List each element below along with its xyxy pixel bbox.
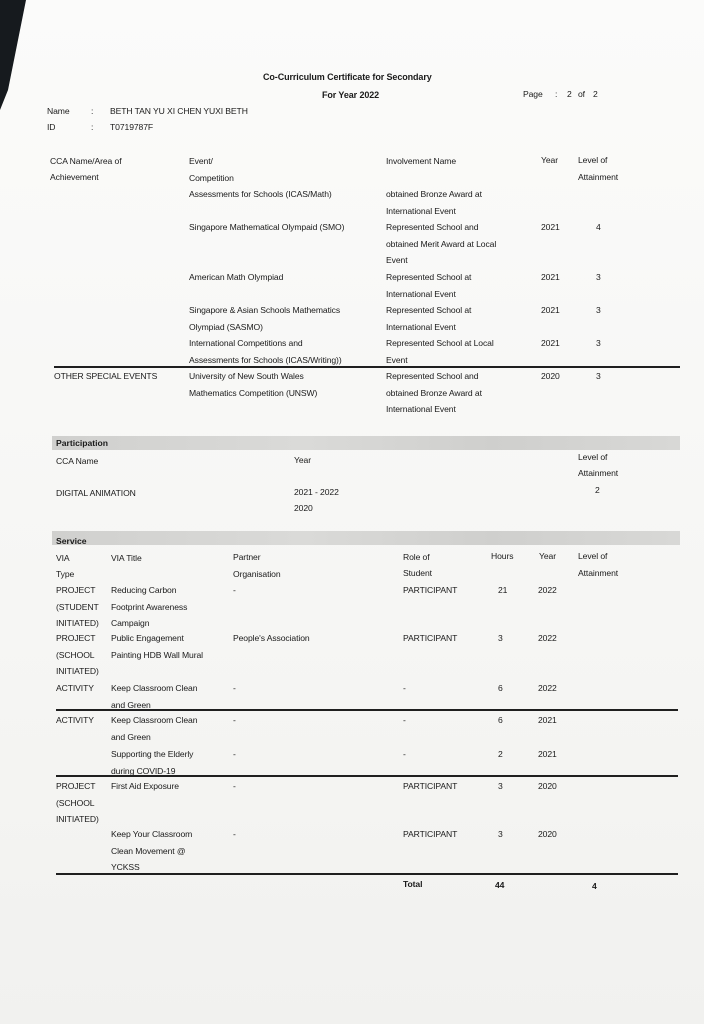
page-of: of [578, 89, 585, 100]
service-year: 2020 [538, 829, 557, 840]
service-partner: People's Association [233, 633, 310, 644]
achievement-event: American Math Olympiad [189, 272, 283, 283]
service-via-title: Public Engagement [111, 633, 184, 644]
achievement-involvement: obtained Bronze Award at [386, 189, 482, 200]
service-via-type: PROJECT [56, 633, 95, 644]
achievement-event: International Competitions and [189, 338, 303, 349]
achievement-involvement: International Event [386, 322, 456, 333]
service-header-type-1: VIA [56, 553, 70, 564]
achievement-year: 2021 [541, 338, 560, 349]
service-via-title: Clean Movement @ [111, 846, 185, 857]
service-header-title: VIA Title [111, 553, 142, 564]
service-header-year: Year [539, 551, 556, 562]
service-partner: - [233, 749, 236, 760]
achievement-event: Singapore Mathematical Olympaid (SMO) [189, 222, 344, 233]
achievement-year: 2021 [541, 272, 560, 283]
name-label: Name [47, 106, 70, 117]
achievement-header-event-2: Competition [189, 173, 234, 184]
service-divider-2022 [56, 709, 678, 711]
achievement-involvement: Represented School and [386, 222, 478, 233]
service-via-type: PROJECT [56, 585, 95, 596]
achievement-year: 2020 [541, 371, 560, 382]
service-year: 2020 [538, 781, 557, 792]
student-name: BETH TAN YU XI CHEN YUXI BETH [110, 106, 248, 117]
service-role: - [403, 749, 406, 760]
service-hours: 3 [498, 829, 503, 840]
participation-header-year: Year [294, 455, 311, 466]
service-hours: 3 [498, 781, 503, 792]
achievement-event: Olympiad (SASMO) [189, 322, 263, 333]
id-label: ID [47, 122, 55, 133]
achievement-header-level-1: Level of [578, 155, 607, 166]
service-via-title: Footprint Awareness [111, 602, 187, 613]
service-via-title: YCKSS [111, 862, 140, 873]
achievement-involvement: International Event [386, 289, 456, 300]
service-header-partner-1: Partner [233, 552, 260, 563]
student-id: T0719787F [110, 122, 153, 133]
achievement-level: 3 [596, 371, 601, 382]
service-via-type: ACTIVITY [56, 683, 94, 694]
achievement-involvement: International Event [386, 206, 456, 217]
page-total: 2 [593, 89, 598, 100]
participation-level: 2 [595, 485, 600, 496]
achievement-year: 2021 [541, 222, 560, 233]
achievement-cca: OTHER SPECIAL EVENTS [54, 371, 157, 382]
service-header-level-1: Level of [578, 551, 607, 562]
service-role: - [403, 683, 406, 694]
certificate-page [0, 0, 704, 1024]
service-via-type: INITIATED) [56, 814, 99, 825]
achievement-event: Singapore & Asian Schools Mathematics [189, 305, 340, 316]
service-via-title: Keep Your Classroom [111, 829, 192, 840]
participation-band [52, 436, 680, 450]
achievement-involvement: Event [386, 255, 407, 266]
service-header-role-1: Role of [403, 552, 430, 563]
service-via-type: PROJECT [56, 781, 95, 792]
service-partner: - [233, 781, 236, 792]
service-divider-2021 [56, 775, 678, 777]
service-via-title: Campaign [111, 618, 149, 629]
achievement-year: 2021 [541, 305, 560, 316]
achievement-involvement: obtained Bronze Award at [386, 388, 482, 399]
service-band [52, 531, 680, 545]
service-total-level: 4 [592, 881, 597, 892]
page-sep: : [555, 89, 557, 100]
service-total-hours: 44 [495, 880, 504, 891]
service-section-label: Service [56, 536, 87, 547]
service-total-divider [56, 873, 678, 875]
service-role: PARTICIPANT [403, 585, 457, 596]
achievement-level: 3 [596, 305, 601, 316]
service-role: PARTICIPANT [403, 633, 457, 644]
service-partner: - [233, 715, 236, 726]
service-via-title: Painting HDB Wall Mural [111, 650, 203, 661]
page-current: 2 [567, 89, 572, 100]
service-year: 2021 [538, 749, 557, 760]
service-header-partner-2: Organisation [233, 569, 281, 580]
service-via-title: Reducing Carbon [111, 585, 176, 596]
achievement-header-cca-1: CCA Name/Area of [50, 156, 121, 167]
id-sep: : [91, 122, 93, 133]
achievement-header-cca-2: Achievement [50, 172, 99, 183]
certificate-year: For Year 2022 [322, 90, 379, 101]
service-via-type: (SCHOOL [56, 650, 94, 661]
service-hours: 21 [498, 585, 507, 596]
service-role: PARTICIPANT [403, 781, 457, 792]
service-hours: 3 [498, 633, 503, 644]
service-via-title: and Green [111, 732, 151, 743]
achievement-event: Assessments for Schools (ICAS/Math) [189, 189, 332, 200]
service-header-role-2: Student [403, 568, 432, 579]
achievement-level: 4 [596, 222, 601, 233]
service-via-title: Keep Classroom Clean [111, 715, 197, 726]
service-via-type: INITIATED) [56, 618, 99, 629]
achievement-involvement: Represented School and [386, 371, 478, 382]
achievement-involvement: Represented School at [386, 272, 471, 283]
page-label: Page [523, 89, 543, 100]
service-year: 2022 [538, 683, 557, 694]
achievement-event: University of New South Wales [189, 371, 304, 382]
achievement-involvement: International Event [386, 404, 456, 415]
service-via-type: (SCHOOL [56, 798, 94, 809]
service-partner: - [233, 683, 236, 694]
service-role: PARTICIPANT [403, 829, 457, 840]
achievement-event: Mathematics Competition (UNSW) [189, 388, 317, 399]
service-hours: 6 [498, 683, 503, 694]
certificate-title: Co-Curriculum Certificate for Secondary [263, 72, 432, 83]
service-role: - [403, 715, 406, 726]
service-header-type-2: Type [56, 569, 74, 580]
participation-year-1: 2021 - 2022 [294, 487, 339, 498]
service-via-title: Supporting the Elderly [111, 749, 193, 760]
achievement-involvement: Represented School at Local [386, 338, 494, 349]
participation-year-2: 2020 [294, 503, 313, 514]
service-year: 2022 [538, 633, 557, 644]
achievement-level: 3 [596, 338, 601, 349]
service-partner: - [233, 829, 236, 840]
achievement-level: 3 [596, 272, 601, 283]
service-partner: - [233, 585, 236, 596]
service-via-type: INITIATED) [56, 666, 99, 677]
participation-header-level-1: Level of [578, 452, 607, 463]
participation-header-level-2: Attainment [578, 468, 618, 479]
achievement-involvement: obtained Merit Award at Local [386, 239, 496, 250]
achievement-divider [54, 366, 680, 368]
name-sep: : [91, 106, 93, 117]
achievement-header-involvement: Involvement Name [386, 156, 456, 167]
achievement-involvement: Event [386, 355, 407, 366]
service-hours: 6 [498, 715, 503, 726]
service-via-type: ACTIVITY [56, 715, 94, 726]
service-header-hours: Hours [491, 551, 513, 562]
participation-cca: DIGITAL ANIMATION [56, 488, 136, 499]
service-hours: 2 [498, 749, 503, 760]
achievement-involvement: Represented School at [386, 305, 471, 316]
achievement-header-level-2: Attainment [578, 172, 618, 183]
achievement-header-year: Year [541, 155, 558, 166]
service-year: 2021 [538, 715, 557, 726]
service-via-title: Keep Classroom Clean [111, 683, 197, 694]
achievement-header-event-1: Event/ [189, 156, 213, 167]
service-header-level-2: Attainment [578, 568, 618, 579]
service-via-title: First Aid Exposure [111, 781, 179, 792]
service-total-label: Total [403, 879, 422, 890]
participation-header-cca: CCA Name [56, 456, 98, 467]
achievement-event: Assessments for Schools (ICAS/Writing)) [189, 355, 342, 366]
service-via-type: (STUDENT [56, 602, 99, 613]
service-year: 2022 [538, 585, 557, 596]
participation-section-label: Participation [56, 438, 108, 449]
